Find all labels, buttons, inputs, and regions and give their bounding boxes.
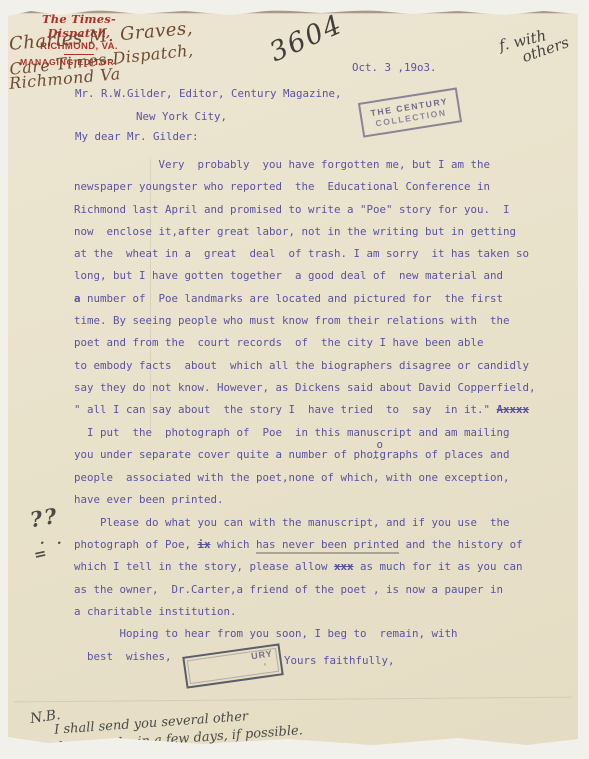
typed-line: newspaper youngster who reported the Edu…: [74, 176, 579, 198]
valediction: Yours faithfully,: [284, 654, 395, 667]
recipient-address-line2: New York City,: [136, 110, 227, 123]
typed-line: Please do what you can with the manuscri…: [74, 512, 579, 534]
letter-paper: The Times-Dispatch, RICHMOND, VA. MANAGI…: [8, 9, 578, 748]
century-collection-stamp: THE CENTURY COLLECTION: [358, 87, 463, 137]
typed-line: have ever been printed.: [74, 489, 579, 511]
typed-segment: say they do not know. However, as Dicken…: [74, 381, 536, 394]
salutation: My dear Mr. Gilder:: [75, 130, 199, 143]
typed-line: people associated with the poet,none of …: [74, 467, 579, 489]
typed-segment: best wishes,: [74, 650, 172, 663]
typed-segment: Richmond last April and promised to writ…: [74, 203, 510, 216]
typed-segment: I put the photograph of Poe in this manu…: [74, 426, 510, 439]
typed-line: say they do not know. However, as Dicken…: [74, 377, 579, 399]
typed-segment: to embody facts about which all the biog…: [74, 359, 529, 372]
margin-question-marks: ??: [28, 503, 61, 533]
typed-segment: people associated with the poet,none of …: [74, 471, 510, 484]
date-line: Oct. 3 ,19o3.: [352, 61, 437, 74]
typed-line: a number of Poe landmarks are located an…: [74, 288, 579, 310]
typed-segment: now enclose it,after great labor, not in…: [74, 225, 516, 238]
typed-line: Hoping to hear from you soon, I beg to r…: [74, 623, 579, 645]
typed-segment: which: [211, 538, 257, 551]
typed-segment-uline: has never been printed: [256, 538, 399, 554]
typed-line: time. By seeing people who must know fro…: [74, 310, 579, 332]
typed-segment: time. By seeing people who must know fro…: [74, 314, 510, 327]
typed-line: I put the photograph of Poe in this manu…: [74, 422, 579, 444]
typed-line: " all I can say about the story I have t…: [74, 399, 579, 421]
typed-line: to embody facts about which all the biog…: [74, 355, 579, 377]
typed-segment: have ever been printed.: [74, 493, 224, 506]
typed-segment-strike: ix: [198, 538, 211, 551]
typed-line: at the wheat in a great deal of trash. I…: [74, 243, 579, 265]
recipient-address-line1: Mr. R.W.Gilder, Editor, Century Magazine…: [75, 87, 342, 100]
typed-line: a charitable institution.: [74, 601, 579, 623]
typed-line: photograph of Poe, ix which has never be…: [74, 534, 579, 556]
typed-segment: which I tell in the story, please allow: [74, 560, 334, 573]
paper-crease-horizontal: [14, 697, 572, 703]
typed-segment: Please do what you can with the manuscri…: [74, 516, 510, 529]
typed-segment: at the wheat in a great deal of trash. I…: [74, 247, 529, 260]
typed-segment: newspaper youngster who reported the Edu…: [74, 180, 490, 193]
typed-line: Very probably you have forgotten me, but…: [74, 154, 579, 176]
typed-segment: and the history of: [399, 538, 523, 551]
typed-segment: poet and from the court records of the c…: [74, 336, 484, 349]
scanned-letter-page: The Times-Dispatch, RICHMOND, VA. MANAGI…: [0, 0, 589, 759]
typed-segment-strike: Axxxx: [497, 403, 530, 416]
typed-line: long, but I have gotten together a good …: [74, 265, 579, 287]
letter-body: Very probably you have forgotten me, but…: [74, 154, 579, 668]
typed-line: you under separate cover quite a number …: [74, 444, 579, 467]
typed-segment: number of Poe landmarks are located and …: [81, 292, 504, 305]
typed-segment: as much for it as you can: [354, 560, 523, 573]
typed-line: Richmond last April and promised to writ…: [74, 199, 579, 221]
typed-segment: Hoping to hear from you soon, I beg to r…: [74, 627, 458, 640]
typed-segment: photograph of Poe,: [74, 538, 198, 551]
typed-segment: you under separate cover quite a number …: [74, 448, 380, 461]
postscript-initials: C.M.G.: [234, 745, 273, 759]
typed-line: now enclose it,after great labor, not in…: [74, 221, 579, 243]
typed-segment-strike: xxx: [334, 560, 354, 573]
typed-segment: a charitable institution.: [74, 605, 237, 618]
typed-segment: graphs of places and: [380, 448, 510, 461]
typed-segment: Very probably you have forgotten me, but…: [74, 158, 490, 171]
typed-line: as the owner, Dr.Carter,a friend of the …: [74, 579, 579, 601]
typed-segment: " all I can say about the story I have t…: [74, 403, 497, 416]
typed-segment: long, but I have gotten together a good …: [74, 269, 503, 282]
typed-segment: as the owner, Dr.Carter,a friend of the …: [74, 583, 503, 596]
typed-line: which I tell in the story, please allow …: [74, 556, 579, 578]
typed-line: poet and from the court records of the c…: [74, 332, 579, 354]
